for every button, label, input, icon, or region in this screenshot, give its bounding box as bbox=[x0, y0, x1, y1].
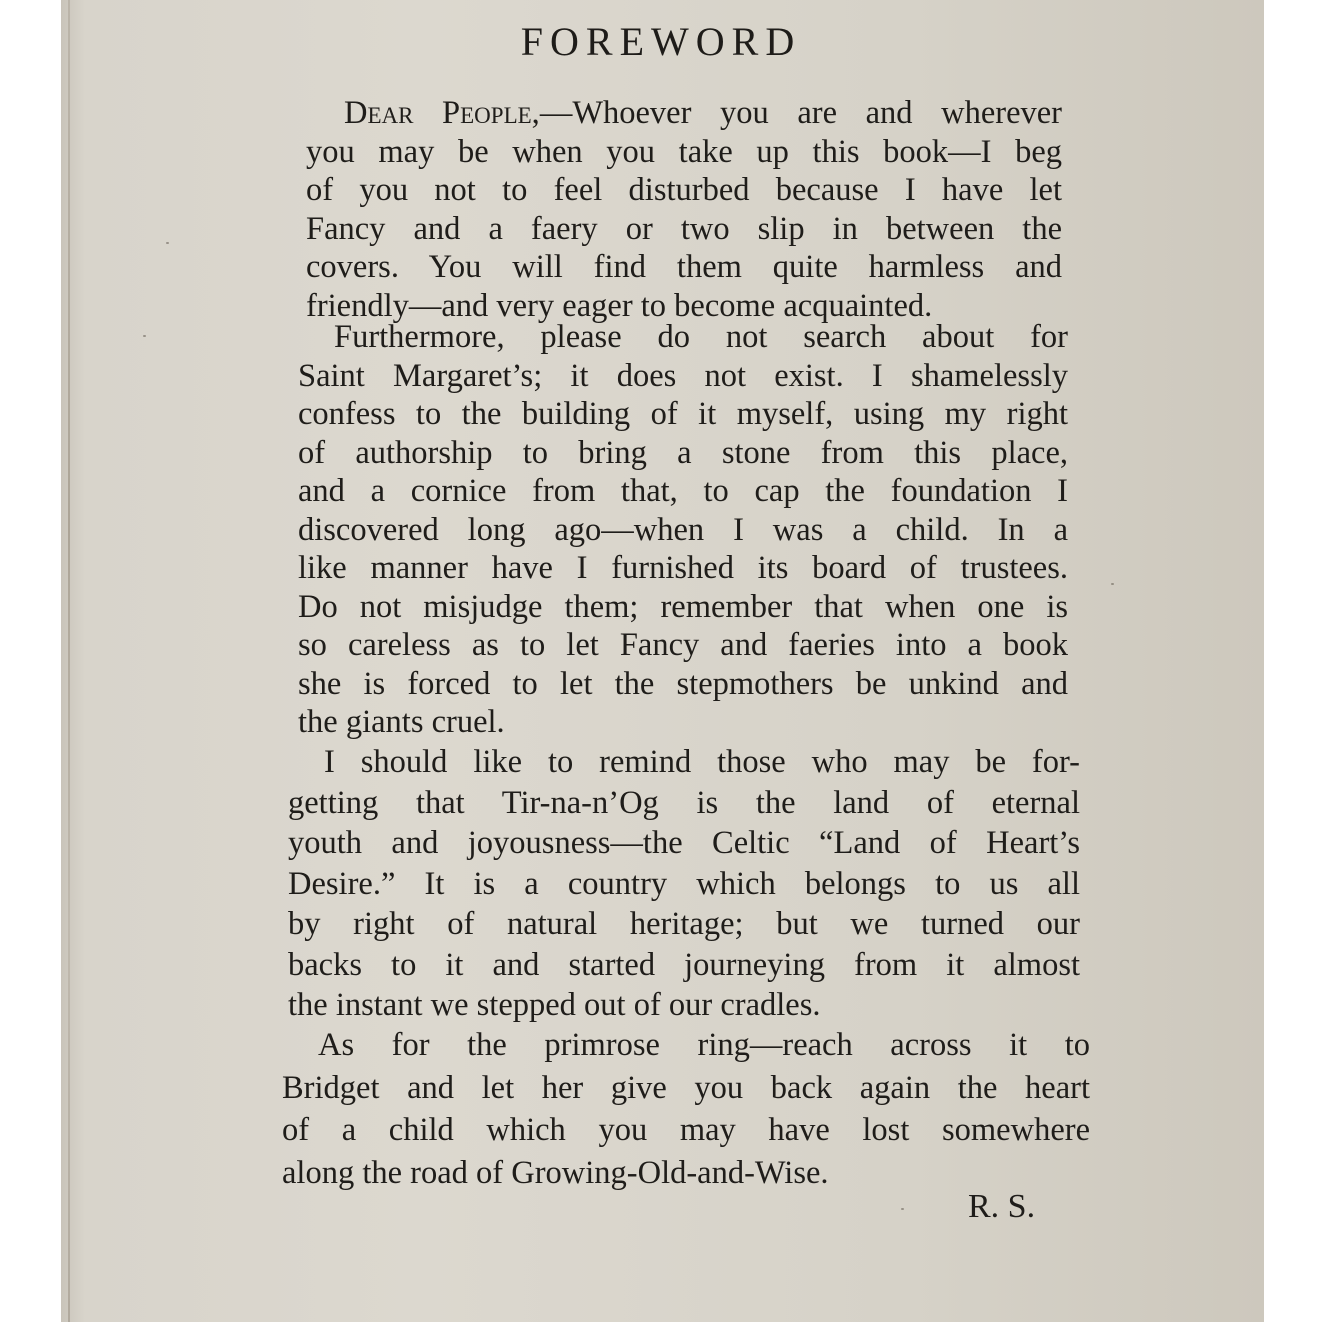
text-line: confess to the building of it myself, us… bbox=[298, 395, 1068, 434]
text-line: discovered long ago—when I was a child. … bbox=[298, 511, 1068, 550]
page-edge bbox=[68, 0, 70, 1322]
author-signature: R. S. bbox=[968, 1188, 1035, 1226]
text-line: Fancy and a faery or two slip in between… bbox=[306, 210, 1062, 249]
text-line: backs to it and started journeying from … bbox=[288, 945, 1080, 986]
text-line: and a cornice from that, to cap the foun… bbox=[298, 472, 1068, 511]
text-line: of authorship to bring a stone from this… bbox=[298, 434, 1068, 473]
text-line: Desire.” It is a country which belongs t… bbox=[288, 864, 1080, 905]
text-line: of you not to feel disturbed because I h… bbox=[306, 171, 1062, 210]
text-line: the giants cruel. bbox=[298, 703, 1068, 742]
paragraph-3: I should like to remind those who may be… bbox=[288, 742, 1080, 1026]
paragraph-1: Dear People,—Whoever you are and whereve… bbox=[306, 94, 1062, 325]
text-line: Do not misjudge them; remember that when… bbox=[298, 588, 1068, 627]
text-line: getting that Tir-na-n’Og is the land of … bbox=[288, 783, 1080, 824]
text-line: As for the primrose ring—reach across it… bbox=[282, 1024, 1090, 1067]
paper-speck bbox=[166, 242, 169, 244]
text-line: so careless as to let Fancy and faeries … bbox=[298, 626, 1068, 665]
paper-speck bbox=[1111, 583, 1114, 585]
text-line: like manner have I furnished its board o… bbox=[298, 549, 1068, 588]
text-line: she is forced to let the stepmothers be … bbox=[298, 665, 1068, 704]
text-line: covers. You will find them quite harmles… bbox=[306, 248, 1062, 287]
text-line: Saint Margaret’s; it does not exist. I s… bbox=[298, 357, 1068, 396]
text-line: by right of natural heritage; but we tur… bbox=[288, 904, 1080, 945]
paragraph-2: Furthermore, please do not search about … bbox=[298, 318, 1068, 742]
text-line: Furthermore, please do not search about … bbox=[298, 318, 1068, 357]
text-line: youth and joyousness—the Celtic “Land of… bbox=[288, 823, 1080, 864]
text-line: the instant we stepped out of our cradle… bbox=[288, 985, 1080, 1026]
paper-speck bbox=[901, 1208, 904, 1210]
salutation: Dear People, bbox=[344, 95, 540, 131]
text-line: Bridget and let her give you back again … bbox=[282, 1067, 1090, 1110]
text-line: Dear People,—Whoever you are and whereve… bbox=[306, 94, 1062, 133]
paragraph-4: As for the primrose ring—reach across it… bbox=[282, 1024, 1090, 1194]
paper-speck bbox=[143, 335, 146, 337]
page-title: FOREWORD bbox=[0, 18, 1322, 65]
text-line: you may be when you take up this book—I … bbox=[306, 133, 1062, 172]
text-line: of a child which you may have lost somew… bbox=[282, 1109, 1090, 1152]
text-line: I should like to remind those who may be… bbox=[288, 742, 1080, 783]
